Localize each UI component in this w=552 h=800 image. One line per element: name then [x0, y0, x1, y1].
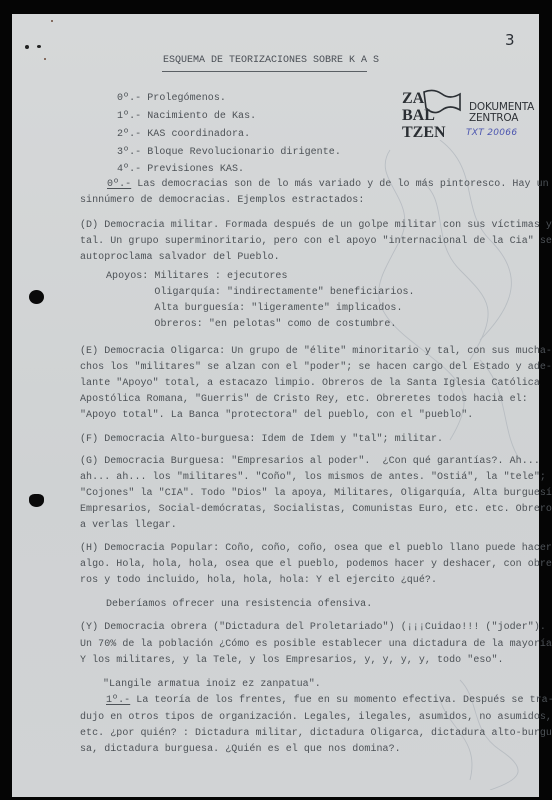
apoyos-line: Apoyos: Militares : ejecutores [106, 271, 288, 282]
paragraph-e-line: lante "Apoyo" total, a estacazo limpio. … [80, 378, 540, 389]
section-1-line: 1º.- La teoría de los frentes, fue en su… [106, 695, 552, 706]
index-item: 4º.- Previsiones KAS. [117, 164, 244, 175]
paragraph-e-line: chos los "militares" se alzan con el "po… [80, 362, 552, 373]
speck [51, 20, 53, 22]
section-1-heading: 1º.- [106, 695, 130, 706]
section-1-text: La teoría de los frentes, fue en su mome… [130, 695, 552, 706]
section-1-line: sa, dictadura burguesa. ¿Quién es el que… [80, 744, 401, 755]
paragraph-e-line: "Apoyo total". La Banca "protectora" del… [80, 410, 473, 421]
zabaltzen-logo-icon: ZA BAL TZEN [402, 88, 464, 138]
apoyos-line: Oligarquía: "indirectamente" beneficiari… [106, 287, 415, 298]
index-item: 0º.- Prolegómenos. [117, 93, 226, 104]
speck [25, 45, 29, 49]
paragraph-h-line: (H) Democracia Popular: Coño, coño, coño… [80, 543, 552, 554]
section-1-line: dujo en otros tipos de organización. Leg… [80, 712, 552, 723]
paragraph-g-line: a verlas llegar. [80, 520, 177, 531]
index-item: 2º.- KAS coordinadora. [117, 129, 250, 140]
index-item: 3º.- Bloque Revolucionario dirigente. [117, 147, 341, 158]
paragraph-y-line: Un 70% de la población ¿Cómo es posible … [80, 639, 552, 650]
paragraph-g-line: "Cojones" la "CIA". Todo "Dios" la apoya… [80, 488, 552, 499]
paragraph-y-line: (Y) Democracia obrera ("Dictadura del Pr… [80, 622, 546, 633]
document-title: ESQUEMA DE TEORIZACIONES SOBRE K A S [163, 55, 379, 66]
paragraph-f-line: (F) Democracia Alto-burguesa: Idem de Id… [80, 434, 443, 445]
archive-reference: TXT 20066 [466, 128, 517, 138]
paragraph-y-note: "Langile armatua inoiz ez zanpatua". [103, 679, 321, 690]
paragraph-d-line: (D) Democracia militar. Formada después … [80, 220, 552, 231]
punch-hole-bottom [29, 494, 44, 507]
section-1-line: etc. ¿por quién? : Dictadura militar, di… [80, 728, 552, 739]
paragraph-h-line: ros y todo incluido, hola, hola, hola: Y… [80, 575, 437, 586]
intro-line: Las democracias son de lo más variado y … [131, 179, 549, 190]
section-0-heading: 0º.- [107, 179, 131, 190]
punch-hole-top [29, 290, 44, 304]
apoyos-line: Obreros: "en pelotas" como de costumbre. [106, 319, 396, 330]
archive-name: DOKUMENTA ZENTROA [469, 102, 534, 124]
paragraph-g-line: ah... ah... los "militares". "Coño", los… [80, 472, 546, 483]
speck [44, 58, 46, 60]
paragraph-e-line: (E) Democracia Oligarca: Un grupo de "él… [80, 346, 552, 357]
speck [37, 45, 41, 48]
index-item: 1º.- Nacimiento de Kas. [117, 111, 256, 122]
title-underline [162, 71, 367, 72]
paragraph-d-line: tal. Un grupo superminoritario, pero con… [80, 236, 552, 247]
archive-name-line-2: ZENTROA [469, 113, 534, 124]
paragraph-h-note: Deberíamos ofrecer una resistencia ofens… [106, 599, 372, 610]
page-number: 3 [505, 31, 515, 49]
paragraph-g-line: (G) Democracia Burguesa: "Empresarios al… [80, 456, 540, 467]
paragraph-e-line: Apostólica Romana, "Guerris" de Cristo R… [80, 394, 528, 405]
paragraph-y-line: Y los militares, y la Tele, y los Empres… [80, 655, 504, 666]
logo-line-bal: BAL [402, 107, 435, 124]
apoyos-line: Alta burguesía: "ligeramente" implicados… [106, 303, 403, 314]
paragraph-d-line: autoproclama salvador del Pueblo. [80, 252, 280, 263]
paragraph-h-line: algo. Hola, hola, hola, osea que el pueb… [80, 559, 552, 570]
intro-line: sinnúmero de democracias. Ejemplos estra… [80, 195, 364, 206]
logo-line-tzen: TZEN [402, 124, 446, 138]
paragraph-g-line: Empresarios, Social-demócratas, Socialis… [80, 504, 552, 515]
logo-line-za: ZA [402, 90, 425, 107]
section-0-intro: 0º.- Las democracias son de lo más varia… [107, 179, 549, 190]
